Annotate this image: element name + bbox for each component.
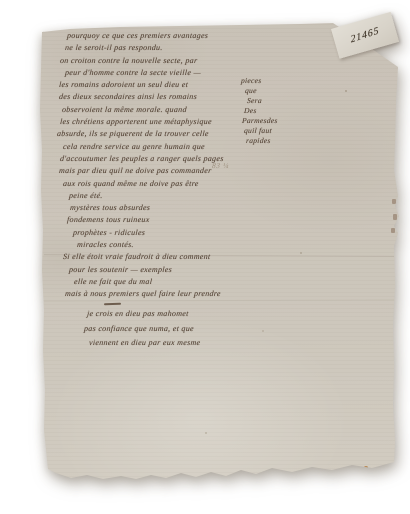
handwritten-line: observoient la même morale. quand [62,104,225,116]
handwritten-line: mystères tous absurdes [70,202,225,214]
margin-annotation-line: a Dieu [29,21,45,28]
handwritten-line: peine été. [69,190,225,202]
handwritten-line: des dieux secondaires ainsi les romains [59,91,225,103]
handwritten-line: les romains adoroient un seul dieu et [59,79,225,91]
handwritten-line: mais par dieu quil ne doive pas commande… [59,165,225,177]
lot-number: 21465 [350,25,380,45]
handwritten-line: cela rendre service au genre humain que [63,141,225,153]
handwritten-line: mais à nous premiers quel faire leur pre… [65,288,225,300]
handwritten-line: pourquoy ce que ces premiers avantages [67,30,225,42]
separator-dash [104,303,121,305]
torn-edge-fragment [392,199,396,204]
handwritten-line: elle ne fait que du mal [74,276,225,288]
handwritten-line: je crois en dieu pas mahomet [86,307,200,322]
manuscript-main-text: pourquoy ce que ces premiers avantages n… [57,30,224,301]
handwritten-line: d'accoutumer les peuples a ranger quels … [60,153,225,165]
side-column-word: quil faut [244,126,278,136]
side-column-word: Des [244,106,278,116]
handwritten-line: aux rois quand même ne doive pas être [63,178,225,190]
side-column-word: Sera [247,96,278,106]
manuscript-lower-text: je crois en dieu pas mahomet pas confian… [57,307,200,351]
handwritten-line: les chrétiens apporterent une métaphysiq… [60,116,225,128]
paper-speck [262,330,264,332]
pencil-notation: 83 ¼ [212,161,230,170]
foxing-spot [364,466,368,469]
torn-edge-fragment [393,214,397,220]
handwritten-line: pas confiance que numa, et que [83,322,200,337]
handwritten-line: on croiton contre la nouvelle secte, par [60,55,225,67]
side-column-word: pieces [241,76,278,86]
handwritten-line: ne le seroit-il pas respondu. [65,42,225,54]
side-column-word: Parmesdes [242,116,278,126]
side-column-word: que [245,86,278,96]
torn-edge-fragment [391,228,395,233]
paper-speck [345,90,347,92]
margin-annotation: a Dieu homme [29,21,45,34]
handwritten-line: viennent en dieu par eux mesme [88,336,200,351]
handwritten-line: prophètes - ridicules [73,227,225,239]
photo-canvas: { "page": { "background_color": "#ffffff… [0,0,410,514]
manuscript-paper: a Dieu homme pourquoy ce que ces premier… [0,0,410,514]
paper-speck [300,252,302,254]
manuscript-page-wrapper: a Dieu homme pourquoy ce que ces premier… [0,0,410,514]
handwritten-line: pour les soutenir — exemples [69,264,225,276]
handwritten-line: peur d'homme contre la secte vieille — [65,67,225,79]
handwritten-line: Si elle étoit vraie faudroit à dieu comm… [63,251,225,263]
handwritten-line: fondemens tous ruineux [67,214,225,226]
margin-annotation-line: homme [29,27,45,34]
side-column-word: rapides [246,136,278,146]
handwritten-line: miracles contés. [77,239,225,251]
manuscript-side-column: pieces que Sera Des Parmesdes quil faut … [241,76,278,146]
handwritten-line: absurde, ils se piquerent de la trouver … [57,128,225,140]
paper-speck [205,432,207,434]
